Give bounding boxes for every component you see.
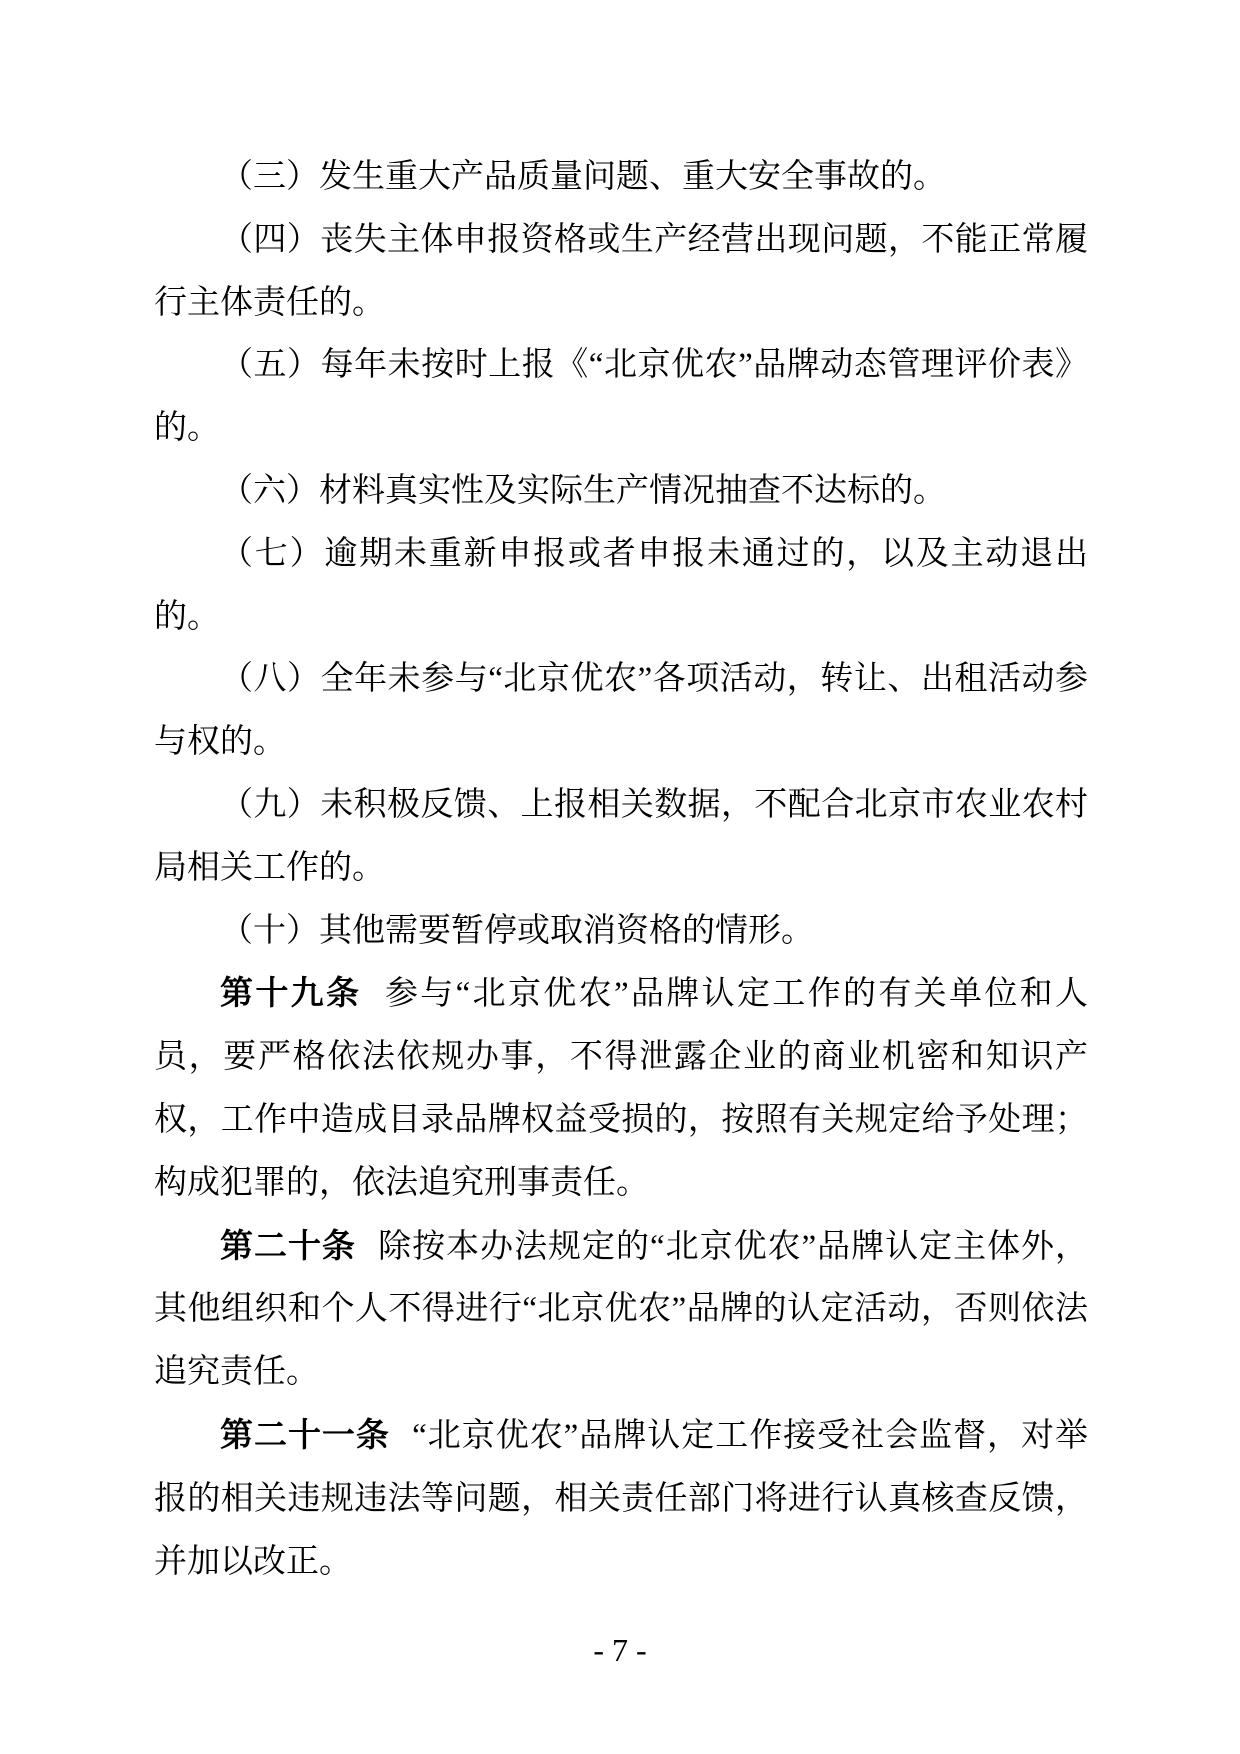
paragraph: （五）每年未按时上报《“北京优农”品牌动态管理评价表》的。 <box>154 334 1088 460</box>
article-number: 第二十一条 <box>220 1416 390 1453</box>
article-number: 第十九条 <box>220 974 361 1011</box>
article-number: 第二十条 <box>220 1227 356 1264</box>
paragraph: （六）材料真实性及实际生产情况抽查不达标的。 <box>154 460 1088 523</box>
text-run: （十）其他需要暂停或取消资格的情形。 <box>220 913 814 949</box>
text-run: （七）逾期未重新申报或者申报未通过的，以及主动退出的。 <box>154 536 1088 635</box>
text-run: （三）发生重大产品质量问题、重大安全事故的。 <box>220 159 946 195</box>
text-run: （四）丧失主体申报资格或生产经营出现问题，不能正常履行主体责任的。 <box>154 222 1088 321</box>
paragraph: （三）发生重大产品质量问题、重大安全事故的。 <box>154 146 1088 209</box>
paragraph: （九）未积极反馈、上报相关数据，不配合北京市农业农村局相关工作的。 <box>154 774 1088 900</box>
paragraph: （十）其他需要暂停或取消资格的情形。 <box>154 900 1088 963</box>
paragraph: 第十九条 参与“北京优农”品牌认定工作的有关单位和人员，要严格依法依规办事，不得… <box>154 962 1088 1214</box>
page-number: - 7 - <box>593 1632 646 1668</box>
paragraph: （七）逾期未重新申报或者申报未通过的，以及主动退出的。 <box>154 523 1088 649</box>
text-run: （六）材料真实性及实际生产情况抽查不达标的。 <box>220 473 946 509</box>
text-run: （五）每年未按时上报《“北京优农”品牌动态管理评价表》的。 <box>154 347 1088 446</box>
text-run: （八）全年未参与“北京优农”各项活动，转让、出租活动参与权的。 <box>154 661 1088 760</box>
paragraph: （八）全年未参与“北京优农”各项活动，转让、出租活动参与权的。 <box>154 648 1088 774</box>
paragraph: 第二十条 除按本办法规定的“北京优农”品牌认定主体外，其他组织和个人不得进行“北… <box>154 1215 1088 1404</box>
paragraph: （四）丧失主体申报资格或生产经营出现问题，不能正常履行主体责任的。 <box>154 209 1088 335</box>
paragraph: 第二十一条 “北京优农”品牌认定工作接受社会监督，对举报的相关违规违法等问题，相… <box>154 1404 1088 1593</box>
text-run: （九）未积极反馈、上报相关数据，不配合北京市农业农村局相关工作的。 <box>154 787 1088 886</box>
page-footer: - 7 - <box>0 1634 1240 1666</box>
document-page: （三）发生重大产品质量问题、重大安全事故的。（四）丧失主体申报资格或生产经营出现… <box>0 0 1240 1754</box>
document-body: （三）发生重大产品质量问题、重大安全事故的。（四）丧失主体申报资格或生产经营出现… <box>154 146 1088 1593</box>
